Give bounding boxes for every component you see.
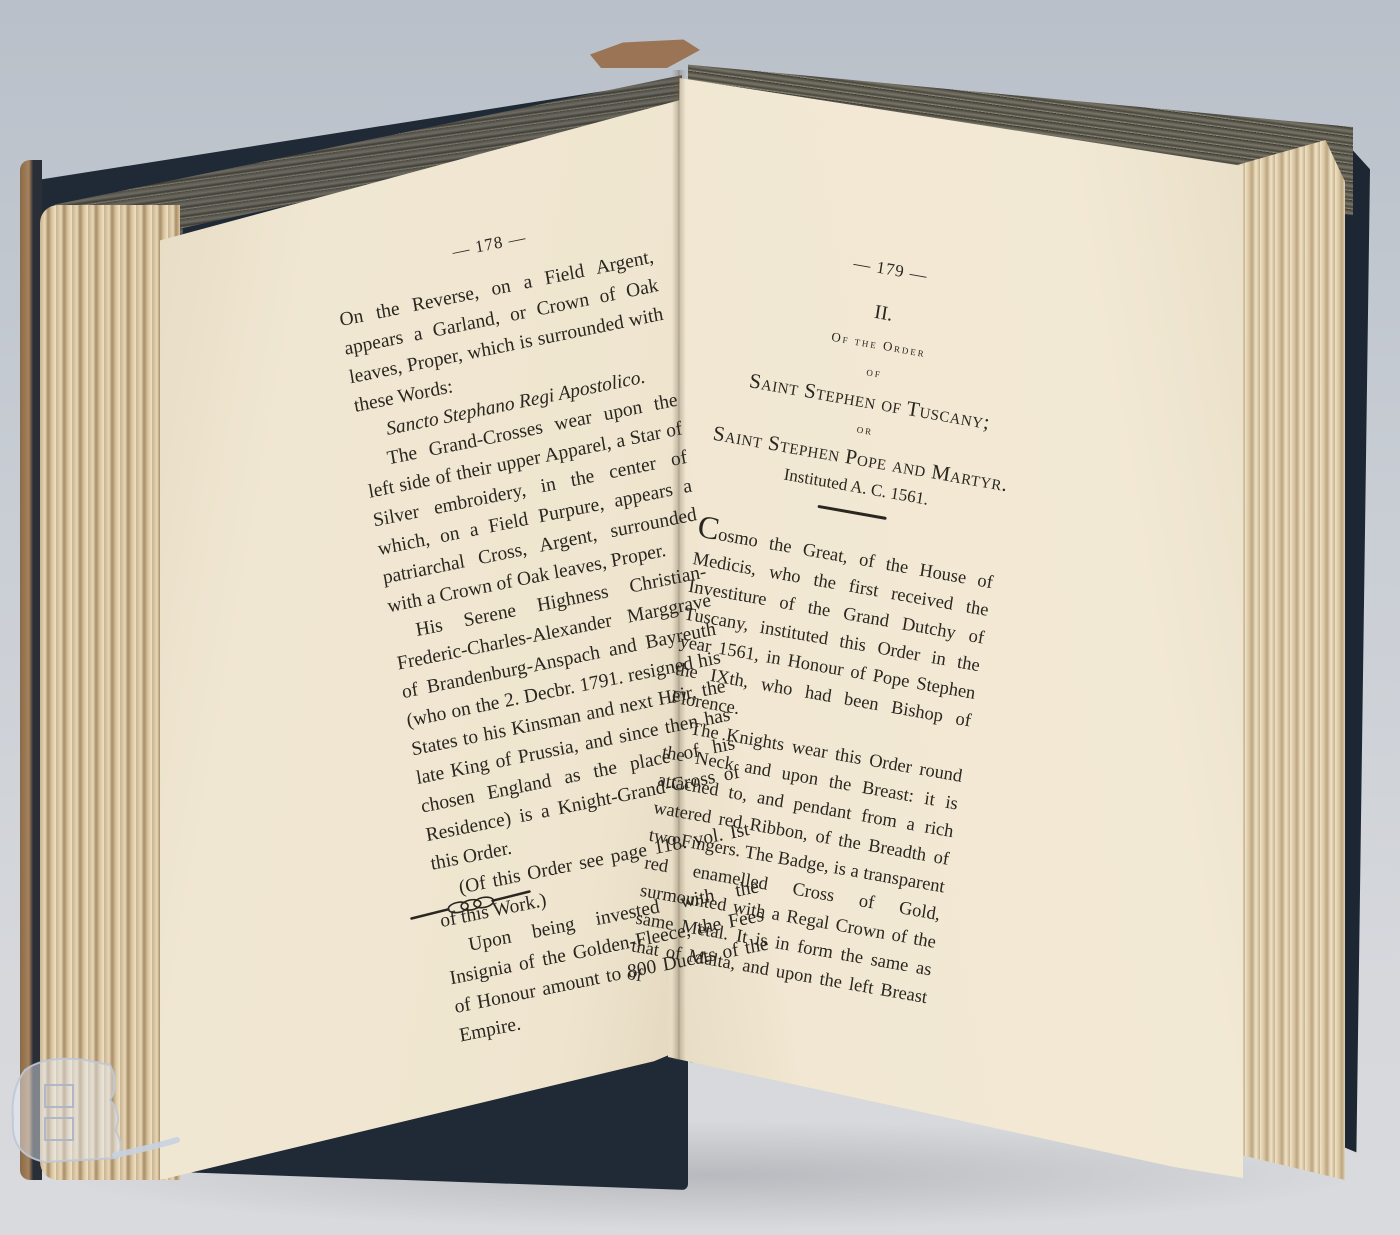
- paragraph-knights: The Knights wear this Order round the Ne…: [625, 711, 964, 1040]
- heading-rule: [817, 505, 886, 520]
- plastic-page-clip-icon: [5, 1030, 185, 1180]
- photo-scene: — 178 — On the Reverse, on a Field Argen…: [0, 0, 1400, 1235]
- torn-spine-fragment: [590, 38, 700, 68]
- left-cover-worn-edge: [20, 160, 42, 1180]
